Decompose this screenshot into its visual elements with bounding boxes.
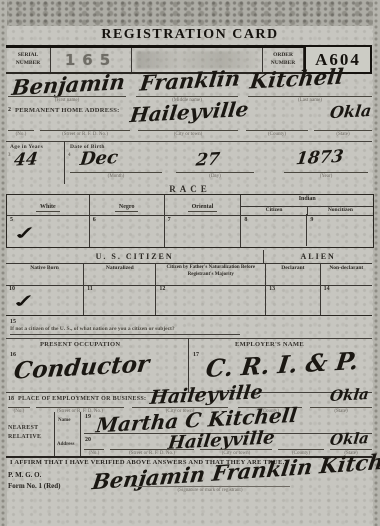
race-white-number: 5 — [10, 217, 13, 223]
citizenship-table: Native Born 10 ✓ Naturalized 11 Citizen … — [6, 263, 372, 316]
home-address-city: Haileyville — [129, 97, 250, 127]
employer-header: EMPLOYER'S NAME — [235, 341, 304, 348]
birth-year-sublabel: (Year) — [284, 172, 368, 179]
nation-answer-line — [10, 334, 240, 335]
native-born-number: 10 — [9, 286, 15, 292]
birth-month: Dec — [79, 147, 120, 170]
birth-year: 1873 — [295, 147, 345, 170]
citizen-cell-naturalized: Naturalized 11 — [84, 263, 156, 315]
relative-address-number: 20 — [85, 437, 91, 443]
relative-address-state: Okla — [329, 429, 370, 449]
race-negro-number: 6 — [93, 217, 96, 223]
age-box-number: 3 — [8, 153, 11, 158]
relative-sublabel-city: (City or town) — [200, 449, 272, 456]
age-row-top-line — [6, 141, 372, 142]
home-address-sublabel-county: (County) — [246, 130, 308, 137]
scan-texture-right — [373, 0, 380, 526]
race-indian-citizen-number: 8 — [244, 217, 247, 223]
race-indian-noncitizen-number: 9 — [310, 217, 313, 223]
nation-question: If not a citizen of the U. S., of what n… — [10, 326, 175, 332]
race-oriental-label: Oriental — [188, 204, 218, 212]
employment-place-number: 18 — [8, 396, 14, 402]
race-table: White 5 ✓ Negro 6 Oriental 7 Indian Citi… — [6, 194, 374, 248]
race-indian-label: Indian — [241, 195, 373, 207]
declarant-number: 13 — [269, 286, 275, 292]
home-address-number: 2 — [8, 107, 11, 113]
alien-cell-declarant: Declarant 13 — [266, 263, 320, 315]
race-cell-white: White 5 ✓ — [7, 195, 90, 247]
relative-label-divider-left — [54, 412, 55, 456]
relative-sublabel-street: (Street or R. F. D. No.) — [110, 449, 194, 456]
birth-box-number: 4 — [68, 153, 71, 158]
alien-header: ALIEN — [264, 250, 372, 263]
birth-day-sublabel: (Day) — [176, 172, 254, 179]
citizen-by-father-number: 12 — [159, 286, 165, 292]
relative-name-number: 19 — [85, 414, 91, 420]
serial-number-label: SERIAL NUMBER — [6, 48, 51, 72]
birth-month-sublabel: (Month) — [70, 172, 162, 179]
declarant-label: Declarant — [266, 263, 319, 286]
nondeclarant-label: Non-declarant — [321, 263, 372, 286]
relative-sublabel-no: (No.) — [84, 449, 104, 456]
signature-sublabel: (Signature or mark of registrant) — [130, 486, 290, 493]
employer-value: C. R. I. & P. — [204, 346, 360, 383]
registrant-middle-name: Franklin — [139, 65, 242, 95]
form-id-line2: Form No. 1 (Red) — [8, 482, 61, 490]
nation-number: 15 — [10, 319, 16, 325]
home-address-label: PERMANENT HOME ADDRESS: — [15, 107, 120, 114]
age-box-divider — [64, 141, 65, 184]
home-address-sublabel-street: (Street or R. F. D. No.) — [40, 130, 130, 137]
nondeclarant-number: 14 — [324, 286, 330, 292]
birth-day: 27 — [195, 149, 221, 170]
occupation-header: PRESENT OCCUPATION — [40, 341, 120, 348]
nearest-relative-label: NEAREST RELATIVE — [8, 424, 52, 442]
citizen-by-father-label: Citizen by Father's Naturalization Befor… — [156, 263, 265, 286]
race-white-checkmark: ✓ — [12, 222, 39, 245]
employment-place-state: Okla — [329, 385, 370, 405]
registration-card: REGISTRATION CARD SERIAL NUMBER 165 ORDE… — [0, 0, 380, 526]
occupation-value: Conductor — [12, 350, 150, 384]
employment-sublabel-no: (No.) — [8, 407, 30, 414]
race-oriental-number: 7 — [168, 217, 171, 223]
home-address-state: Okla — [329, 101, 373, 122]
relative-name-label: Name — [58, 418, 71, 423]
home-address-sublabel-city: (City or town) — [138, 130, 238, 137]
form-id-line1: P. M. G. O. — [8, 471, 41, 479]
indian-subdivider — [306, 214, 307, 246]
citizen-cell-by-father: Citizen by Father's Naturalization Befor… — [156, 263, 266, 315]
form-id: P. M. G. O. Form No. 1 (Red) — [8, 470, 61, 491]
race-indian-noncitizen-label: Noncitizen — [308, 207, 373, 216]
naturalized-label: Naturalized — [84, 263, 155, 286]
race-negro-label: Negro — [115, 204, 139, 212]
race-cell-negro: Negro 6 — [90, 195, 165, 247]
citizenship-header-row: U. S. CITIZEN ALIEN — [6, 250, 372, 264]
home-address-sublabel-state: (State) — [314, 130, 372, 137]
employment-sublabel-state: (State) — [310, 407, 372, 414]
registrant-last-name: Kitchell — [249, 63, 345, 93]
race-white-label: White — [36, 204, 60, 212]
naturalized-number: 11 — [87, 286, 93, 292]
us-citizen-header: U. S. CITIZEN — [6, 250, 264, 263]
occupation-top-line — [6, 338, 372, 339]
scan-texture-top — [0, 0, 380, 26]
race-indian-citizen-label: Citizen — [241, 207, 307, 216]
employment-place-label: PLACE OF EMPLOYMENT OR BUSINESS: — [18, 396, 146, 402]
citizen-cell-native-born: Native Born 10 ✓ — [6, 263, 84, 315]
relative-label-divider-right — [80, 412, 81, 456]
native-born-checkmark: ✓ — [11, 290, 38, 313]
first-name-sublabel: (First name) — [8, 96, 126, 103]
alien-cell-nondeclarant: Non-declarant 14 — [321, 263, 372, 315]
race-cell-oriental: Oriental 7 — [165, 195, 242, 247]
age-value: 44 — [13, 149, 39, 170]
race-header: RACE — [0, 184, 380, 194]
native-born-label: Native Born — [6, 263, 83, 286]
card-title: REGISTRATION CARD — [0, 27, 380, 43]
race-indian-group: Indian Citizen Noncitizen 8 9 — [241, 195, 373, 247]
employer-number: 17 — [193, 352, 199, 358]
relative-address-label: Address — [57, 442, 74, 447]
home-address-sublabel-no: (No.) — [8, 130, 34, 137]
